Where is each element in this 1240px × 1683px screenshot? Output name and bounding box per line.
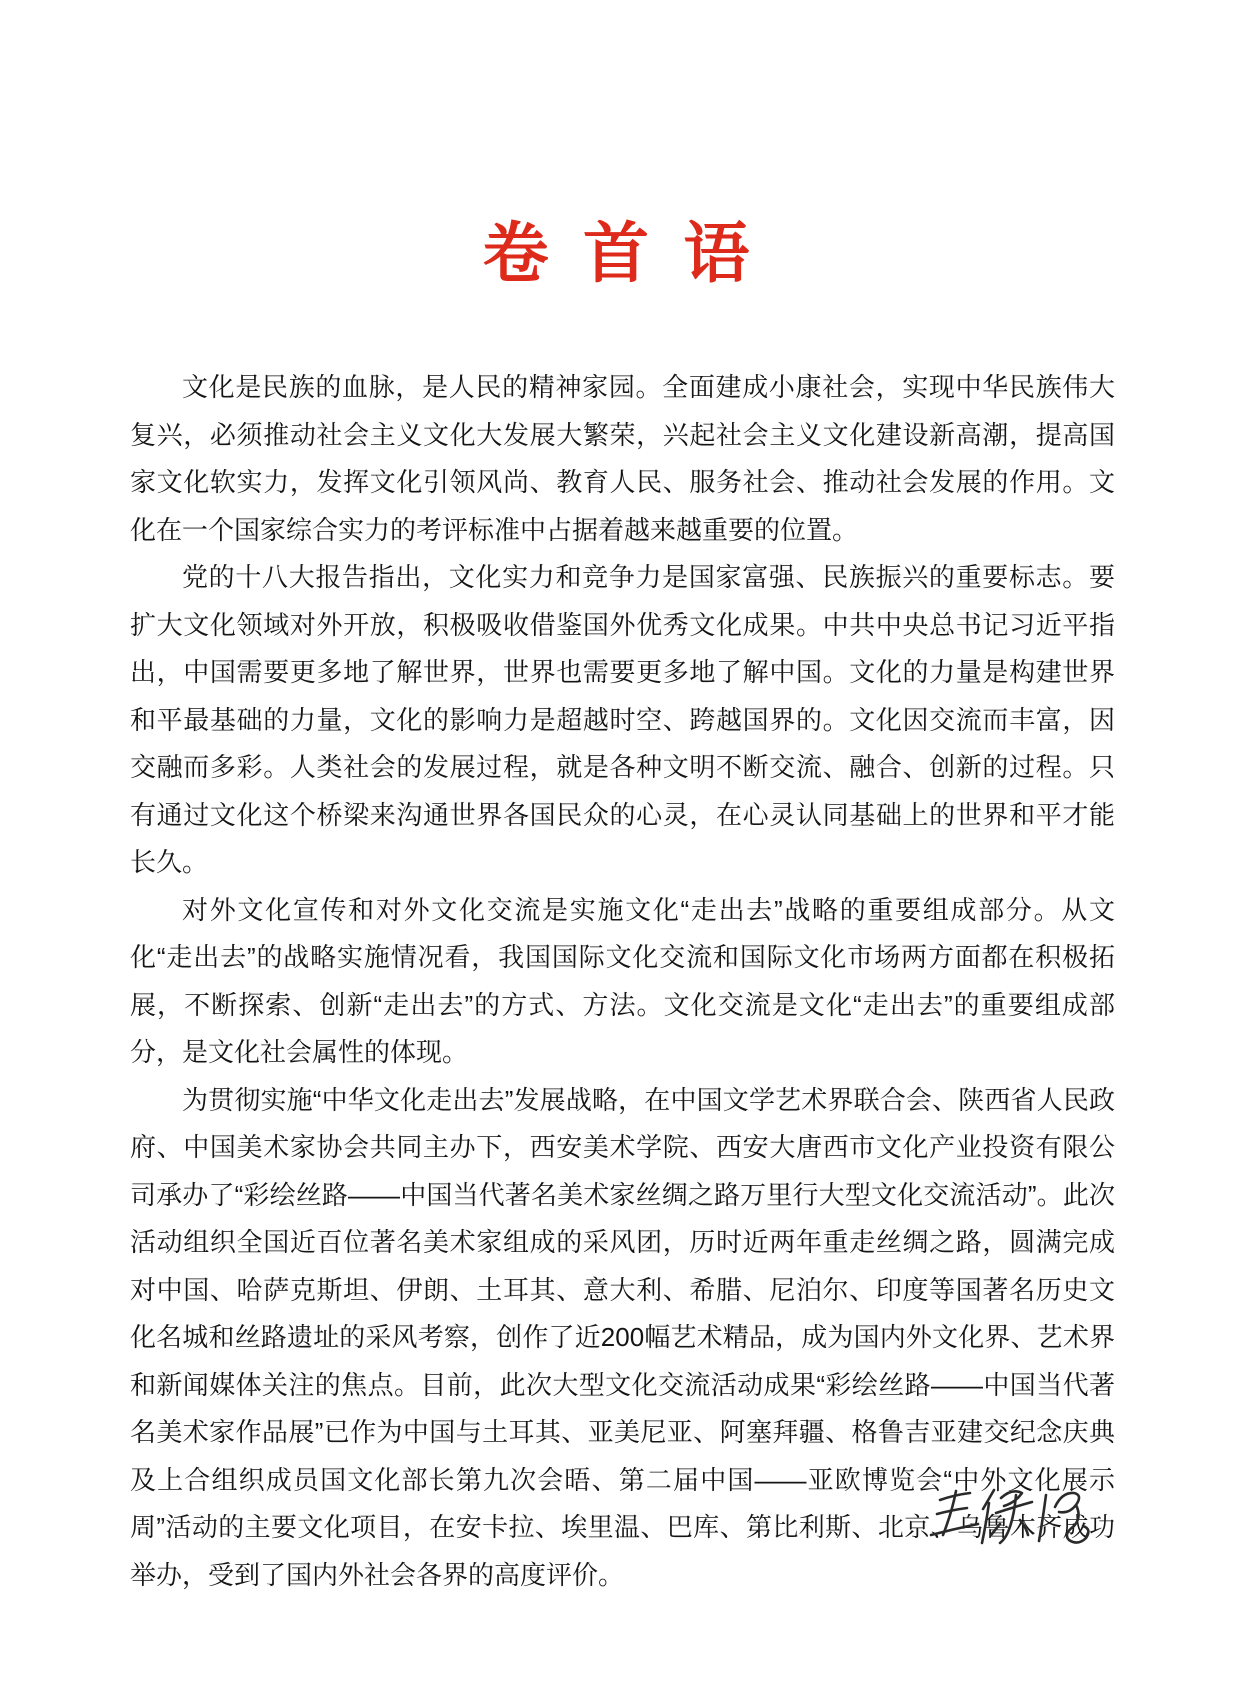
foreword-page: 卷 首 语 文化是民族的血脉，是人民的精神家园。全面建成小康社会，实现中华民族伟… [0, 0, 1240, 1683]
signature-handwriting [928, 1482, 1108, 1562]
paragraph: 文化是民族的血脉，是人民的精神家园。全面建成小康社会，实现中华民族伟大复兴，必须… [130, 364, 1115, 554]
paragraph: 对外文化宣传和对外文化交流是实施文化“走出去”战略的重要组成部分。从文化“走出去… [130, 887, 1115, 1077]
body-text: 文化是民族的血脉，是人民的精神家园。全面建成小康社会，实现中华民族伟大复兴，必须… [130, 364, 1115, 1599]
page-title: 卷 首 语 [0, 220, 1240, 286]
paragraph: 党的十八大报告指出，文化实力和竞争力是国家富强、民族振兴的重要标志。要扩大文化领… [130, 554, 1115, 887]
